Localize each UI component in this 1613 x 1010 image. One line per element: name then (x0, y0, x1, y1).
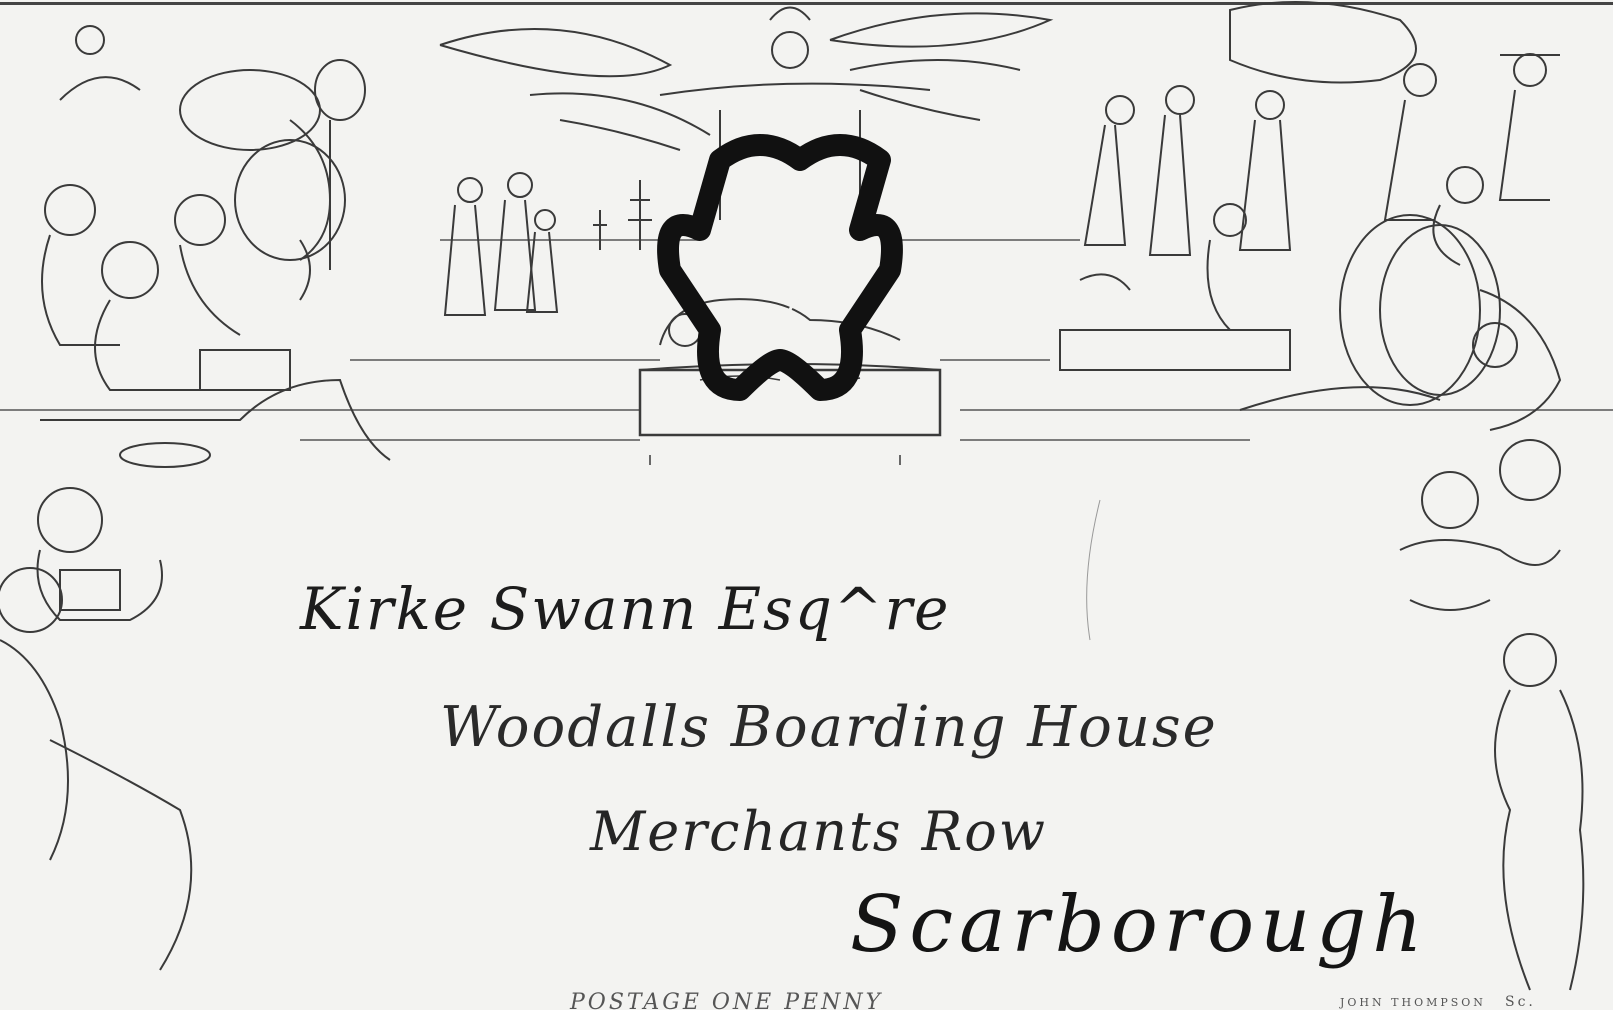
right-scene (1060, 2, 1560, 370)
center-left-scene (445, 173, 652, 315)
water-lines (0, 240, 1613, 440)
address-line-street: Merchants Row (590, 800, 1047, 863)
engraver-imprint: JOHN THOMPSON (1340, 996, 1486, 1009)
bottom-left-vignette (0, 488, 191, 970)
address-line-recipient: Kirke Swann Esq^re (300, 575, 951, 643)
imprint-suffix: Sc. (1505, 994, 1536, 1010)
left-scene (40, 26, 390, 467)
postage-one-penny-text: POSTAGE ONE PENNY (570, 990, 883, 1010)
address-line-town: Scarborough (850, 880, 1428, 970)
right-barrel-scene (1240, 167, 1560, 430)
maltese-cross-postmark (668, 145, 892, 390)
address-line-house: Woodalls Boarding House (440, 695, 1218, 760)
